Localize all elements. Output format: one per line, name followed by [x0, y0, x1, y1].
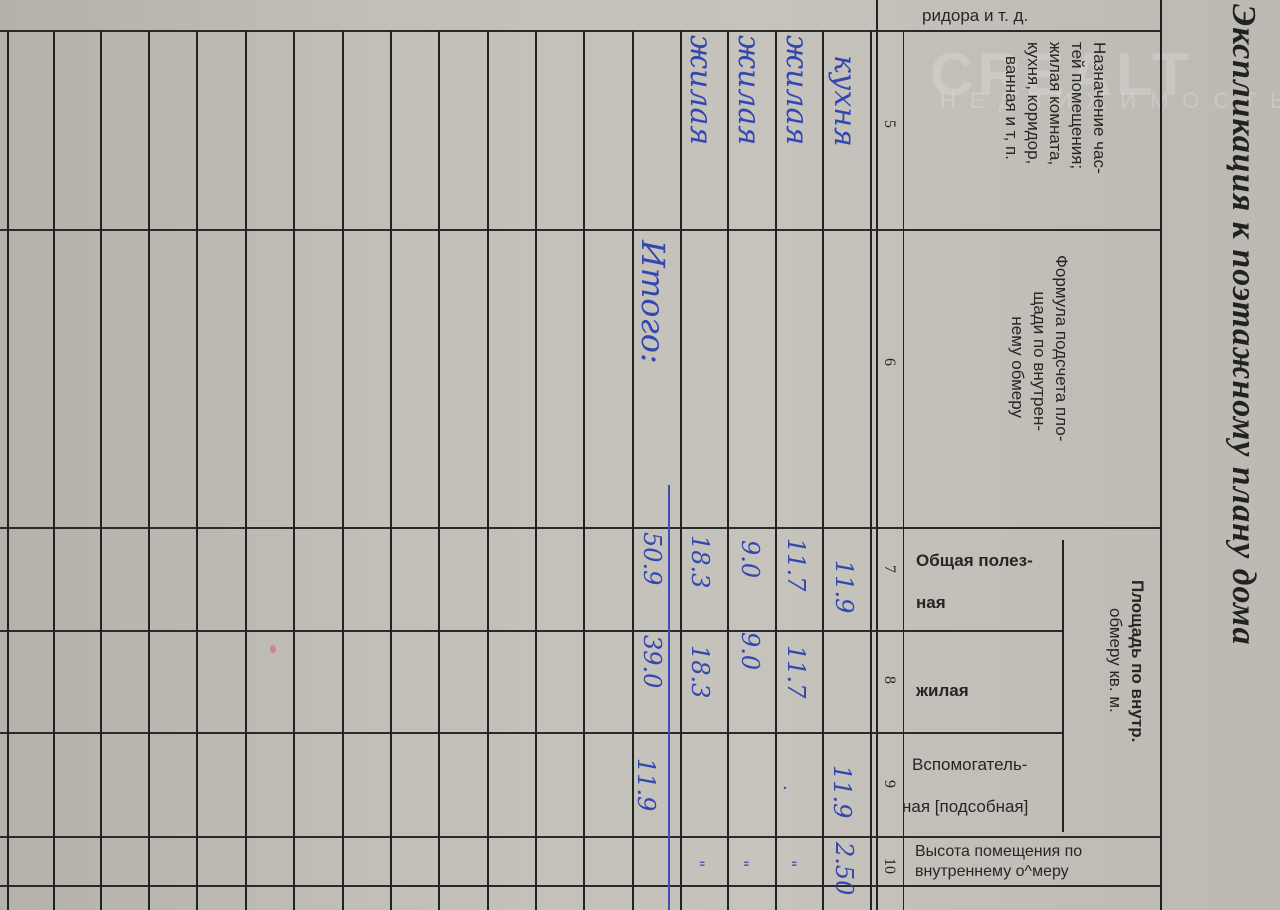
summary-living: 39.0	[638, 635, 666, 688]
row-line	[822, 30, 824, 910]
header-line: кухня, коридор,	[1022, 42, 1044, 174]
document-title: Экспликация к поэтажному плану дома	[1224, 4, 1262, 645]
band-line-9-10	[0, 836, 1160, 838]
column-6-header: Формула подсчета пло- щади по внутрен- н…	[1006, 255, 1072, 441]
column-7-number: 7	[880, 565, 898, 573]
row-3-purpose: жилая	[731, 35, 766, 145]
column-10-number: 10	[880, 858, 898, 874]
band-line-6-7	[0, 527, 1160, 529]
column-10-header-line1: Высота помещения по	[915, 842, 1082, 862]
title-divider	[1160, 0, 1162, 910]
band-line-top	[0, 30, 1160, 32]
row-3-height: "	[733, 860, 752, 867]
header-line: щади по внутрен-	[1028, 255, 1050, 441]
row-line	[196, 30, 198, 910]
row-line	[775, 30, 777, 910]
row-line	[100, 30, 102, 910]
row-2-purpose: жилая	[779, 35, 814, 145]
row-line	[390, 30, 392, 910]
column-9-header-line2: ная [подсобная]	[902, 794, 1028, 820]
row-4-height: "	[689, 860, 708, 867]
summary-auxiliary: 11.9	[632, 758, 660, 811]
row-line	[870, 30, 872, 910]
column-5-header: Назначение час- тей помещения; жилая ком…	[1000, 42, 1110, 174]
row-line	[680, 30, 682, 910]
column-9-number: 9	[880, 780, 898, 788]
row-3-living: 9.0	[736, 632, 764, 670]
row-4-living: 18.3	[686, 645, 714, 698]
band-line-10-end	[0, 885, 1160, 887]
column-10-header-line2: внутреннему о^меру	[915, 862, 1069, 882]
row-3-auxiliary: .	[779, 785, 800, 791]
row-line	[487, 30, 489, 910]
header-line: обмеру кв. м.	[1104, 580, 1126, 742]
row-1-total: 11.9	[830, 560, 858, 613]
header-line: Площадь по внутр.	[1126, 580, 1148, 742]
row-1-purpose: кухня	[827, 55, 862, 147]
row-line	[535, 30, 537, 910]
summary-label: Итого:	[634, 240, 672, 364]
previous-column-fragment: ридора и т. д.	[922, 3, 1028, 29]
header-line: тей помещения;	[1066, 42, 1088, 174]
row-1-auxiliary: 11.9	[828, 765, 856, 818]
row-4-total: 18.3	[686, 535, 714, 588]
row-line	[438, 30, 440, 910]
row-line	[342, 30, 344, 910]
row-2-height: "	[781, 860, 800, 867]
summary-ink-line	[668, 485, 670, 910]
column-9-header-line1: Вспомогатель-	[912, 752, 1027, 778]
summary-total: 50.9	[638, 532, 666, 585]
document-page: CREALT НЕДВИЖИМОСТЬ Экспликация к поэтаж…	[0, 0, 1280, 910]
row-line	[148, 30, 150, 910]
row-line	[293, 30, 295, 910]
header-line: Назначение час-	[1088, 42, 1110, 174]
row-2-living: 11.7	[782, 645, 810, 698]
ink-mark	[270, 645, 276, 653]
header-divider	[876, 0, 878, 910]
column-5-number: 5	[880, 120, 898, 128]
area-group-header: Площадь по внутр. обмеру кв. м.	[1104, 580, 1148, 742]
header-line: Формула подсчета пло-	[1050, 255, 1072, 441]
row-3-total: 9.0	[736, 540, 764, 578]
row-4-purpose: жилая	[683, 35, 718, 145]
header-line: жилая комната,	[1044, 42, 1066, 174]
column-6-number: 6	[880, 358, 898, 366]
column-8-header: жилая	[916, 678, 969, 704]
row-1-height: 2.50	[830, 842, 858, 895]
row-line	[727, 30, 729, 910]
row-line	[53, 30, 55, 910]
colnum-divider	[903, 30, 904, 910]
column-7-header-line1: Общая полез-	[916, 548, 1033, 574]
column-8-number: 8	[880, 676, 898, 684]
band-line-5-6	[0, 229, 1160, 231]
row-line	[7, 30, 9, 910]
group-header-divider	[1062, 540, 1064, 832]
header-line: ванная и т, п.	[1000, 42, 1022, 174]
row-2-total: 11.7	[782, 538, 810, 591]
row-line	[583, 30, 585, 910]
header-line: нему обмеру	[1006, 255, 1028, 441]
column-7-header-line2: ная	[916, 590, 946, 616]
row-line	[245, 30, 247, 910]
